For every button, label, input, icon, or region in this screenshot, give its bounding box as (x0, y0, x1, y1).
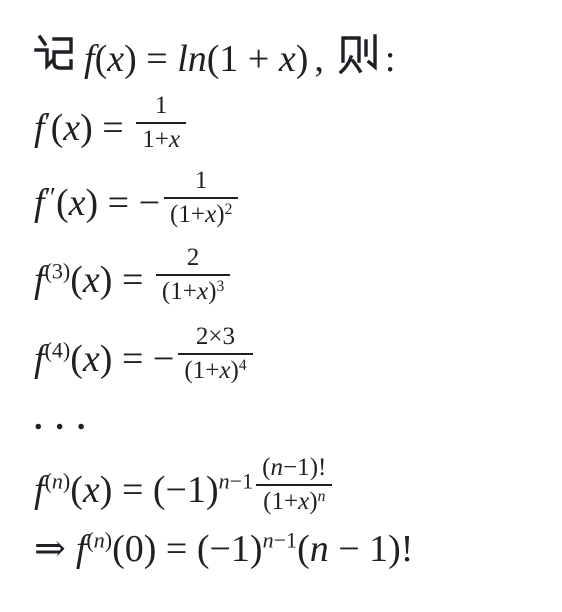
open-one-plus: (1 + (207, 38, 279, 80)
paren: ( (95, 38, 108, 80)
var-x: x (197, 278, 208, 305)
minus-one-base: (−1) (153, 469, 219, 511)
exponent: 4 (239, 357, 247, 374)
den-text: (1+ (170, 201, 205, 228)
power-superscript: n−1 (219, 468, 253, 493)
numerator: (n−1)! (256, 454, 332, 484)
den-close: ) (231, 357, 239, 384)
den-text: 1+ (142, 126, 169, 153)
fraction: 1(1+x)2 (164, 167, 238, 228)
exp-text: −1 (230, 468, 253, 493)
zero-equals-base: (0) = (−1) (112, 528, 262, 570)
fraction: (n−1)!(1+x)n (256, 454, 332, 515)
den-close: ) (309, 488, 317, 515)
paren: ( (70, 259, 83, 301)
var-n: n (270, 454, 283, 481)
line-nth-derivative: f(n)(x) = (−1)n−1(n−1)!(1+x)n (34, 454, 562, 515)
var-f: f (76, 528, 87, 570)
equals: ) = (80, 107, 133, 149)
colon: : (385, 38, 396, 80)
var-x: x (298, 488, 309, 515)
ellipsis-dots: ... (34, 400, 98, 437)
fraction: 2×3(1+x)4 (178, 323, 252, 384)
var-f: f (34, 338, 45, 380)
chinese-char-ji (34, 34, 74, 74)
var-f: f (34, 107, 45, 149)
fraction: 11+x (136, 92, 186, 153)
numerator: 2 (156, 244, 230, 274)
sup-paren: ) (105, 528, 112, 553)
var-x: x (83, 338, 100, 380)
var-x: x (63, 107, 80, 149)
math-derivation-note: f(x) = ln(1 + x),: f′(x) = 11+x f″(x) = … (0, 0, 562, 572)
numerator: 2×3 (178, 323, 252, 353)
numerator: 1 (136, 92, 186, 122)
den-text: (1+ (263, 488, 298, 515)
num-text: −1)! (283, 454, 326, 481)
line-second-derivative: f″(x) = −1(1+x)2 (34, 167, 562, 228)
order-superscript: (3) (45, 258, 71, 283)
line-conclusion: ⇒f(n)(0) = (−1)n−1(n − 1)! (34, 527, 562, 572)
var-n: n (94, 528, 105, 553)
var-f: f (34, 469, 45, 511)
var-x: x (83, 469, 100, 511)
den-text: (1+ (184, 357, 219, 384)
double-prime-mark: ″ (45, 182, 56, 212)
implies-arrow: ⇒ (34, 526, 66, 570)
denominator: (1+x)2 (164, 197, 238, 228)
chinese-char-ze (338, 34, 378, 74)
ze-knife-hook-stroke (369, 36, 375, 67)
exponent: 2 (225, 201, 233, 218)
equals: ) = (100, 469, 153, 511)
exponent: 3 (216, 278, 224, 295)
ji-self-stroke (54, 39, 71, 68)
var-n: n (263, 528, 274, 553)
order-superscript: (4) (45, 338, 71, 363)
paren: ( (70, 469, 83, 511)
line-fourth-derivative: f(4)(x) = −2×3(1+x)4 (34, 323, 562, 384)
tail-text: − 1)! (329, 528, 414, 570)
var-x: x (69, 182, 86, 224)
equals: ) = (100, 259, 153, 301)
close-paren: ) (296, 38, 309, 80)
denominator: (1+x)4 (178, 353, 252, 384)
denominator: 1+x (136, 122, 186, 153)
paren: ( (51, 107, 64, 149)
line-third-derivative: f(3)(x) = 2(1+x)3 (34, 244, 562, 305)
denominator: (1+x)3 (156, 274, 230, 305)
comma: , (314, 38, 324, 80)
var-n: n (219, 468, 230, 493)
ji-fold-stroke (36, 50, 53, 66)
tail-paren: ( (297, 528, 310, 570)
ln-function: ln (177, 38, 207, 80)
equals: ) = (86, 182, 139, 224)
line-definition: f(x) = ln(1 + x),: (34, 34, 562, 82)
var-x: x (279, 38, 296, 80)
sup-paren: ( (45, 468, 52, 493)
var-n: n (310, 528, 329, 570)
var-f: f (34, 182, 45, 224)
den-text: (1+ (162, 278, 197, 305)
var-f: f (84, 38, 95, 80)
equals: ) = (100, 338, 153, 380)
minus-sign: − (139, 182, 160, 224)
var-x: x (169, 126, 180, 153)
sup-paren: ( (86, 528, 93, 553)
fraction: 2(1+x)3 (156, 244, 230, 305)
paren: ( (70, 338, 83, 380)
order-superscript: (n) (86, 528, 112, 553)
equals: ) = (124, 38, 177, 80)
den-close: ) (216, 201, 224, 228)
var-x: x (83, 259, 100, 301)
var-f: f (34, 259, 45, 301)
power-superscript: n−1 (263, 528, 297, 553)
var-n: n (52, 468, 63, 493)
numerator: 1 (164, 167, 238, 197)
denominator: (1+x)n (256, 484, 332, 515)
order-superscript: (n) (45, 468, 71, 493)
exponent-n: n (318, 488, 326, 505)
minus-sign: − (153, 338, 174, 380)
var-x: x (205, 201, 216, 228)
var-x: x (219, 357, 230, 384)
ji-dot-stroke (40, 37, 45, 44)
line-ellipsis: ... (34, 396, 562, 440)
var-x: x (107, 38, 124, 80)
paren: ( (56, 182, 69, 224)
exp-text: −1 (274, 528, 297, 553)
line-first-derivative: f′(x) = 11+x (34, 92, 562, 153)
